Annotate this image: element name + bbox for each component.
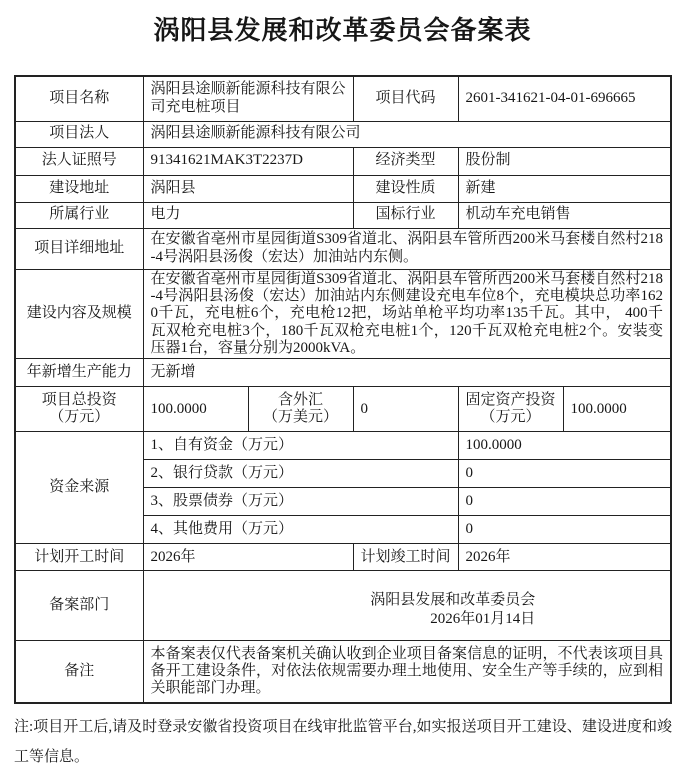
- license-no-label: 法人证照号: [15, 147, 143, 175]
- fixed-assets-value: 100.0000: [563, 387, 671, 432]
- row-project-name: 项目名称 涡阳县途顺新能源科技有限公司充电桩项目 项目代码 2601-34162…: [15, 76, 671, 121]
- filing-form-table: 项目名称 涡阳县途顺新能源科技有限公司充电桩项目 项目代码 2601-34162…: [14, 75, 672, 704]
- industry-value: 电力: [143, 202, 353, 228]
- funding-item-label: 4、其他费用（万元）: [143, 516, 458, 544]
- forex-label-line1: 含外汇: [251, 392, 351, 409]
- forex-label: 含外汇 （万美元）: [248, 387, 353, 432]
- content-scale-label: 建设内容及规模: [15, 269, 143, 359]
- row-investment: 项目总投资 （万元） 100.0000 含外汇 （万美元） 0 固定资产投资 （…: [15, 387, 671, 432]
- filing-date: 2026年01月14日: [370, 610, 535, 629]
- forex-value: 0: [353, 387, 458, 432]
- project-code-label: 项目代码: [353, 76, 458, 121]
- build-address-value: 涡阳县: [143, 175, 353, 202]
- row-remarks: 备注 本备案表仅代表备案机关确认收到企业项目备案信息的证明，不代表该项目具备开工…: [15, 641, 671, 703]
- planned-completion-value: 2026年: [458, 544, 671, 571]
- legal-person-label: 项目法人: [15, 121, 143, 147]
- filing-department-name: 涡阳县发展和改革委员会: [370, 591, 535, 610]
- fixed-assets-label: 固定资产投资 （万元）: [458, 387, 563, 432]
- row-plan-time: 计划开工时间 2026年 计划竣工时间 2026年: [15, 544, 671, 571]
- economic-type-label: 经济类型: [353, 147, 458, 175]
- total-investment-value: 100.0000: [143, 387, 248, 432]
- row-filing-department: 备案部门 涡阳县发展和改革委员会 2026年01月14日: [15, 571, 671, 641]
- funding-item-label: 2、银行贷款（万元）: [143, 460, 458, 488]
- build-address-label: 建设地址: [15, 175, 143, 202]
- remarks-value: 本备案表仅代表备案机关确认收到企业项目备案信息的证明，不代表该项目具备开工建设条…: [143, 641, 671, 703]
- national-industry-value: 机动车充电销售: [458, 202, 671, 228]
- row-industry: 所属行业 电力 国标行业 机动车充电销售: [15, 202, 671, 228]
- forex-label-line2: （万美元）: [251, 409, 351, 426]
- total-investment-label-line1: 项目总投资: [18, 392, 141, 409]
- new-capacity-label: 年新增生产能力: [15, 359, 143, 387]
- planned-start-value: 2026年: [143, 544, 353, 571]
- economic-type-value: 股份制: [458, 147, 671, 175]
- funding-item-value: 0: [458, 488, 671, 516]
- row-content-scale: 建设内容及规模 在安徽省亳州市星园街道S309省道北、涡阳县车管所西200米马套…: [15, 269, 671, 359]
- row-new-capacity: 年新增生产能力 无新增: [15, 359, 671, 387]
- funding-item-value: 0: [458, 516, 671, 544]
- project-code-value: 2601-341621-04-01-696665: [458, 76, 671, 121]
- fixed-assets-label-line2: （万元）: [461, 409, 561, 426]
- project-name-value: 涡阳县途顺新能源科技有限公司充电桩项目: [143, 76, 353, 121]
- filing-department-value: 涡阳县发展和改革委员会 2026年01月14日: [143, 571, 671, 641]
- funding-item-label: 3、股票债券（万元）: [143, 488, 458, 516]
- remarks-label: 备注: [15, 641, 143, 703]
- fixed-assets-label-line1: 固定资产投资: [461, 392, 561, 409]
- project-name-label: 项目名称: [15, 76, 143, 121]
- row-legal-person: 项目法人 涡阳县途顺新能源科技有限公司: [15, 121, 671, 147]
- row-license: 法人证照号 91341621MAK3T2237D 经济类型 股份制: [15, 147, 671, 175]
- industry-label: 所属行业: [15, 202, 143, 228]
- detail-address-label: 项目详细地址: [15, 228, 143, 269]
- filing-department-label: 备案部门: [15, 571, 143, 641]
- filing-department-signature: 涡阳县发展和改革委员会 2026年01月14日: [370, 591, 535, 629]
- total-investment-label-line2: （万元）: [18, 409, 141, 426]
- content-scale-value: 在安徽省亳州市星园街道S309省道北、涡阳县车管所西200米马套楼自然村218-…: [143, 269, 671, 359]
- funding-item-label: 1、自有资金（万元）: [143, 432, 458, 460]
- national-industry-label: 国标行业: [353, 202, 458, 228]
- legal-person-value: 涡阳县途顺新能源科技有限公司: [143, 121, 671, 147]
- footer-note: 注:项目开工后,请及时登录安徽省投资项目在线审批监管平台,如实报送项目开工建设、…: [14, 712, 672, 772]
- detail-address-value: 在安徽省亳州市星园街道S309省道北、涡阳县车管所西200米马套楼自然村218-…: [143, 228, 671, 269]
- build-nature-value: 新建: [458, 175, 671, 202]
- row-detail-address: 项目详细地址 在安徽省亳州市星园街道S309省道北、涡阳县车管所西200米马套楼…: [15, 228, 671, 269]
- planned-completion-label: 计划竣工时间: [353, 544, 458, 571]
- funding-item-value: 100.0000: [458, 432, 671, 460]
- license-no-value: 91341621MAK3T2237D: [143, 147, 353, 175]
- new-capacity-value: 无新增: [143, 359, 671, 387]
- total-investment-label: 项目总投资 （万元）: [15, 387, 143, 432]
- page-title: 涡阳县发展和改革委员会备案表: [0, 10, 685, 47]
- build-nature-label: 建设性质: [353, 175, 458, 202]
- planned-start-label: 计划开工时间: [15, 544, 143, 571]
- funding-source-label: 资金来源: [15, 432, 143, 544]
- row-build-address: 建设地址 涡阳县 建设性质 新建: [15, 175, 671, 202]
- funding-item-value: 0: [458, 460, 671, 488]
- row-funding-1: 资金来源 1、自有资金（万元） 100.0000: [15, 432, 671, 460]
